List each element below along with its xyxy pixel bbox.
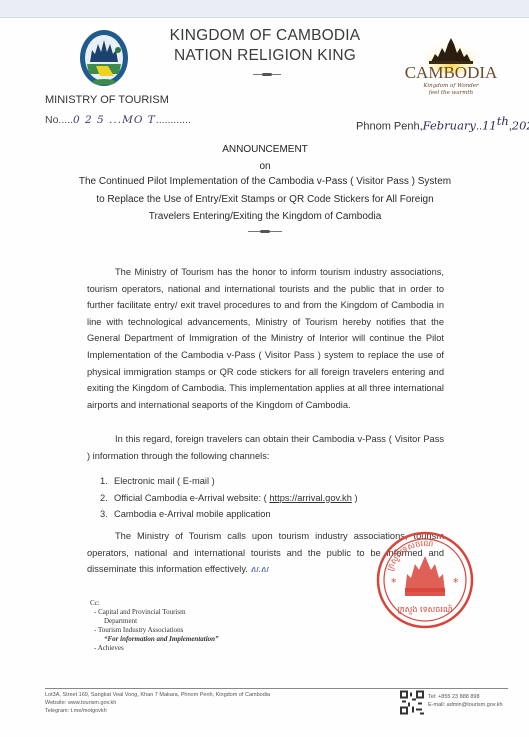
ministry-emblem-icon xyxy=(78,28,130,88)
document-number: No.....0 2 5 ...MO T............ xyxy=(45,114,191,126)
arrival-website-link[interactable]: https://arrival.gov.kh xyxy=(269,493,352,503)
svg-text:*: * xyxy=(391,576,397,589)
handwritten-initials: ស.ស xyxy=(250,565,268,574)
svg-text:Kingdom of Wonder: Kingdom of Wonder xyxy=(422,83,479,89)
document-number-value: 0 2 5 ...MO T xyxy=(73,114,156,126)
ornament-divider xyxy=(253,74,281,75)
country-line-1: KINGDOM OF CAMBODIA xyxy=(150,26,380,46)
country-heading: KINGDOM OF CAMBODIA NATION RELIGION KING xyxy=(150,26,380,66)
cambodia-brand-logo-icon: CAMBODIA Kingdom of Wonder feel the warm… xyxy=(395,26,507,96)
channels-list: 1.Electronic mail ( E-mail ) 2.Official … xyxy=(100,473,358,523)
svg-text:feel the warmth: feel the warmth xyxy=(428,90,474,96)
date-day: 11 xyxy=(482,119,497,133)
qr-code-icon xyxy=(400,690,424,715)
official-seal-icon: * * ក្រសួងទេសចរណ៍ ក្រសួង ទេសចរណ៍ xyxy=(375,530,475,630)
footer-address: Lot3A, Street 169, Sangkat Veal Vong, Kh… xyxy=(45,691,270,699)
date-month: February xyxy=(423,119,476,133)
footer-telegram[interactable]: Telegram: t.me/motgovkh xyxy=(45,707,270,715)
footer-divider xyxy=(45,688,508,689)
list-item: 1.Electronic mail ( E-mail ) xyxy=(100,473,358,490)
ministry-label: MINISTRY OF TOURISM xyxy=(45,94,169,106)
cc-block: Cc: - Capital and Provincial Tourism Dep… xyxy=(90,599,219,653)
list-item: 2.Official Cambodia e-Arrival website: (… xyxy=(100,490,358,507)
date-year: 2026 xyxy=(512,119,529,133)
svg-text:CAMBODIA: CAMBODIA xyxy=(405,63,498,82)
body-paragraph-1: The Ministry of Tourism has the honor to… xyxy=(87,264,444,413)
subject-divider xyxy=(248,231,282,232)
footer-email[interactable]: E-mail: admin@tourism.gov.kh xyxy=(428,701,503,709)
announcement-subject: The Continued Pilot Implementation of th… xyxy=(30,173,500,226)
place: Phnom Penh, xyxy=(356,121,423,133)
viewer-top-bar xyxy=(0,0,529,18)
cc-label: Cc: xyxy=(90,599,219,608)
svg-text:ក្រសួង ទេសចរណ៍: ក្រសួង ទេសចរណ៍ xyxy=(397,604,452,615)
place-and-date: Phnom Penh,February..11th,2026 xyxy=(356,114,529,133)
footer-contact-right: Tel: +855 23 888 898 E-mail: admin@touri… xyxy=(428,693,503,709)
footer-website[interactable]: Website: www.tourism.gov.kh xyxy=(45,699,270,707)
country-line-2: NATION RELIGION KING xyxy=(150,46,380,66)
document-page: KINGDOM OF CAMBODIA NATION RELIGION KING… xyxy=(0,18,529,737)
footer-contact-left: Lot3A, Street 169, Sangkat Veal Vong, Kh… xyxy=(45,691,270,715)
body-paragraph-2: In this regard, foreign travelers can ob… xyxy=(87,431,444,464)
footer-tel: Tel: +855 23 888 898 xyxy=(428,693,503,701)
svg-text:*: * xyxy=(453,576,459,589)
announcement-heading: ANNOUNCEMENT on xyxy=(30,141,500,175)
list-item: 3.Cambodia e-Arrival mobile application xyxy=(100,506,358,523)
